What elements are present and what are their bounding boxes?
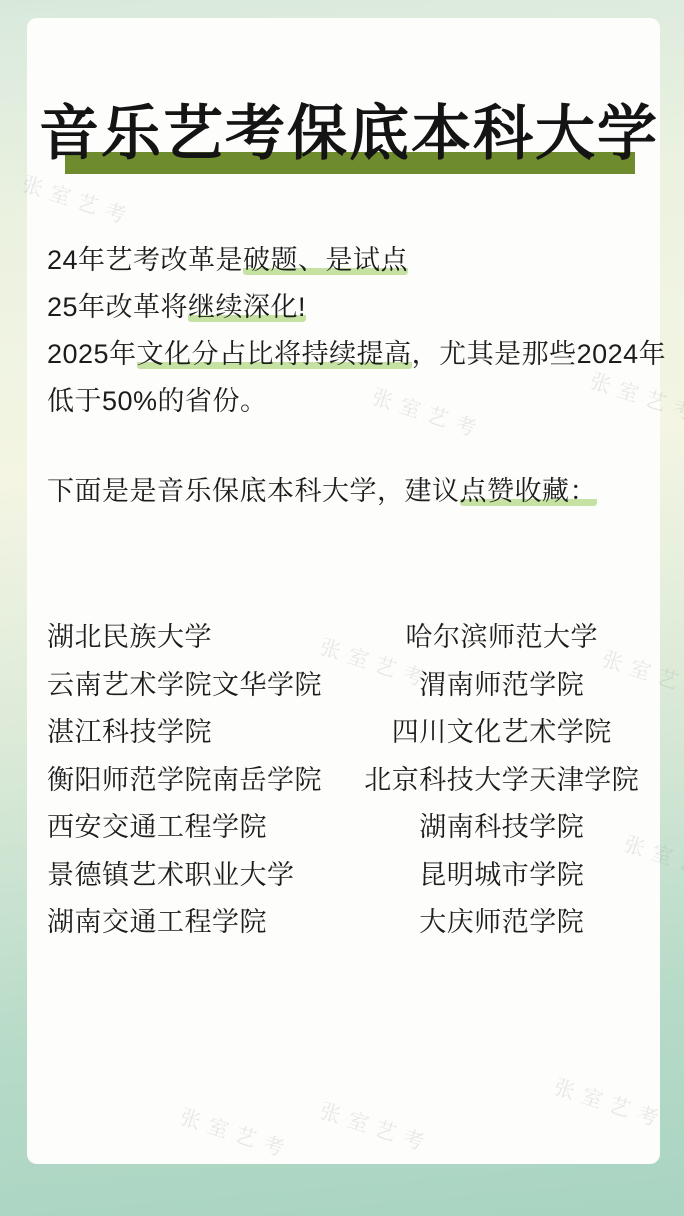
university-row-7: 湖南交通工程学院 大庆师范学院	[27, 899, 660, 947]
poster-background: 音乐艺考保底本科大学 24年艺考改革是破题、是试点 25年改革将继续深化! 20…	[0, 0, 684, 1216]
page-title: 音乐艺考保底本科大学	[39, 104, 648, 164]
section-lead-line: 下面是是音乐保底本科大学，建议点赞收藏：	[27, 468, 660, 515]
university-name: 湛江科技学院	[27, 709, 344, 757]
intro-line-1-text: 24年艺考改革是	[47, 245, 243, 275]
university-name: 四川文化艺术学院	[344, 709, 661, 757]
intro-line-2-highlight: 继续深化!	[188, 292, 306, 322]
university-row-4: 衡阳师范学院南岳学院 北京科技大学天津学院	[27, 757, 660, 805]
intro-line-3-text: 2025年	[47, 339, 137, 369]
intro-line-3-highlight: 文化分占比将持续提高	[137, 339, 412, 369]
university-row-1: 湖北民族大学 哈尔滨师范大学	[27, 614, 660, 662]
intro-line-1: 24年艺考改革是破题、是试点	[47, 237, 660, 284]
university-row-5: 西安交通工程学院 湖南科技学院	[27, 804, 660, 852]
university-name: 哈尔滨师范大学	[344, 614, 661, 662]
university-row-3: 湛江科技学院 四川文化艺术学院	[27, 709, 660, 757]
university-name: 大庆师范学院	[344, 899, 661, 947]
university-name: 湖北民族大学	[27, 614, 344, 662]
university-name: 西安交通工程学院	[27, 804, 344, 852]
university-name: 湖南科技学院	[344, 804, 661, 852]
university-name: 湖南交通工程学院	[27, 899, 344, 947]
intro-line-3: 2025年文化分占比将持续提高，尤其是那些2024年	[47, 331, 660, 378]
university-name: 云南艺术学院文华学院	[27, 662, 344, 710]
intro-line-2: 25年改革将继续深化!	[47, 284, 660, 331]
university-list: 湖北民族大学 哈尔滨师范大学 云南艺术学院文华学院 渭南师范学院 湛江科技学院 …	[27, 614, 660, 947]
university-row-6: 景德镇艺术职业大学 昆明城市学院	[27, 852, 660, 900]
intro-line-4-text: 低于50%的省份。	[47, 386, 268, 416]
university-name: 昆明城市学院	[344, 852, 661, 900]
title-block: 音乐艺考保底本科大学	[39, 104, 648, 164]
university-name: 北京科技大学天津学院	[344, 757, 661, 805]
intro-line-3-text-tail: ，尤其是那些2024年	[412, 339, 667, 369]
intro-line-1-highlight: 破题、是试点	[243, 245, 408, 275]
poster-card: 音乐艺考保底本科大学 24年艺考改革是破题、是试点 25年改革将继续深化! 20…	[27, 18, 660, 1164]
university-name: 衡阳师范学院南岳学院	[27, 757, 344, 805]
intro-line-2-text: 25年改革将	[47, 292, 188, 322]
university-name: 景德镇艺术职业大学	[27, 852, 344, 900]
section-lead-highlight: 点赞收藏：	[460, 476, 598, 506]
intro-line-4: 低于50%的省份。	[47, 378, 660, 425]
intro-paragraph: 24年艺考改革是破题、是试点 25年改革将继续深化! 2025年文化分占比将持续…	[27, 237, 660, 425]
university-row-2: 云南艺术学院文华学院 渭南师范学院	[27, 662, 660, 710]
university-name: 渭南师范学院	[344, 662, 661, 710]
section-lead-text: 下面是是音乐保底本科大学，建议	[47, 476, 460, 506]
